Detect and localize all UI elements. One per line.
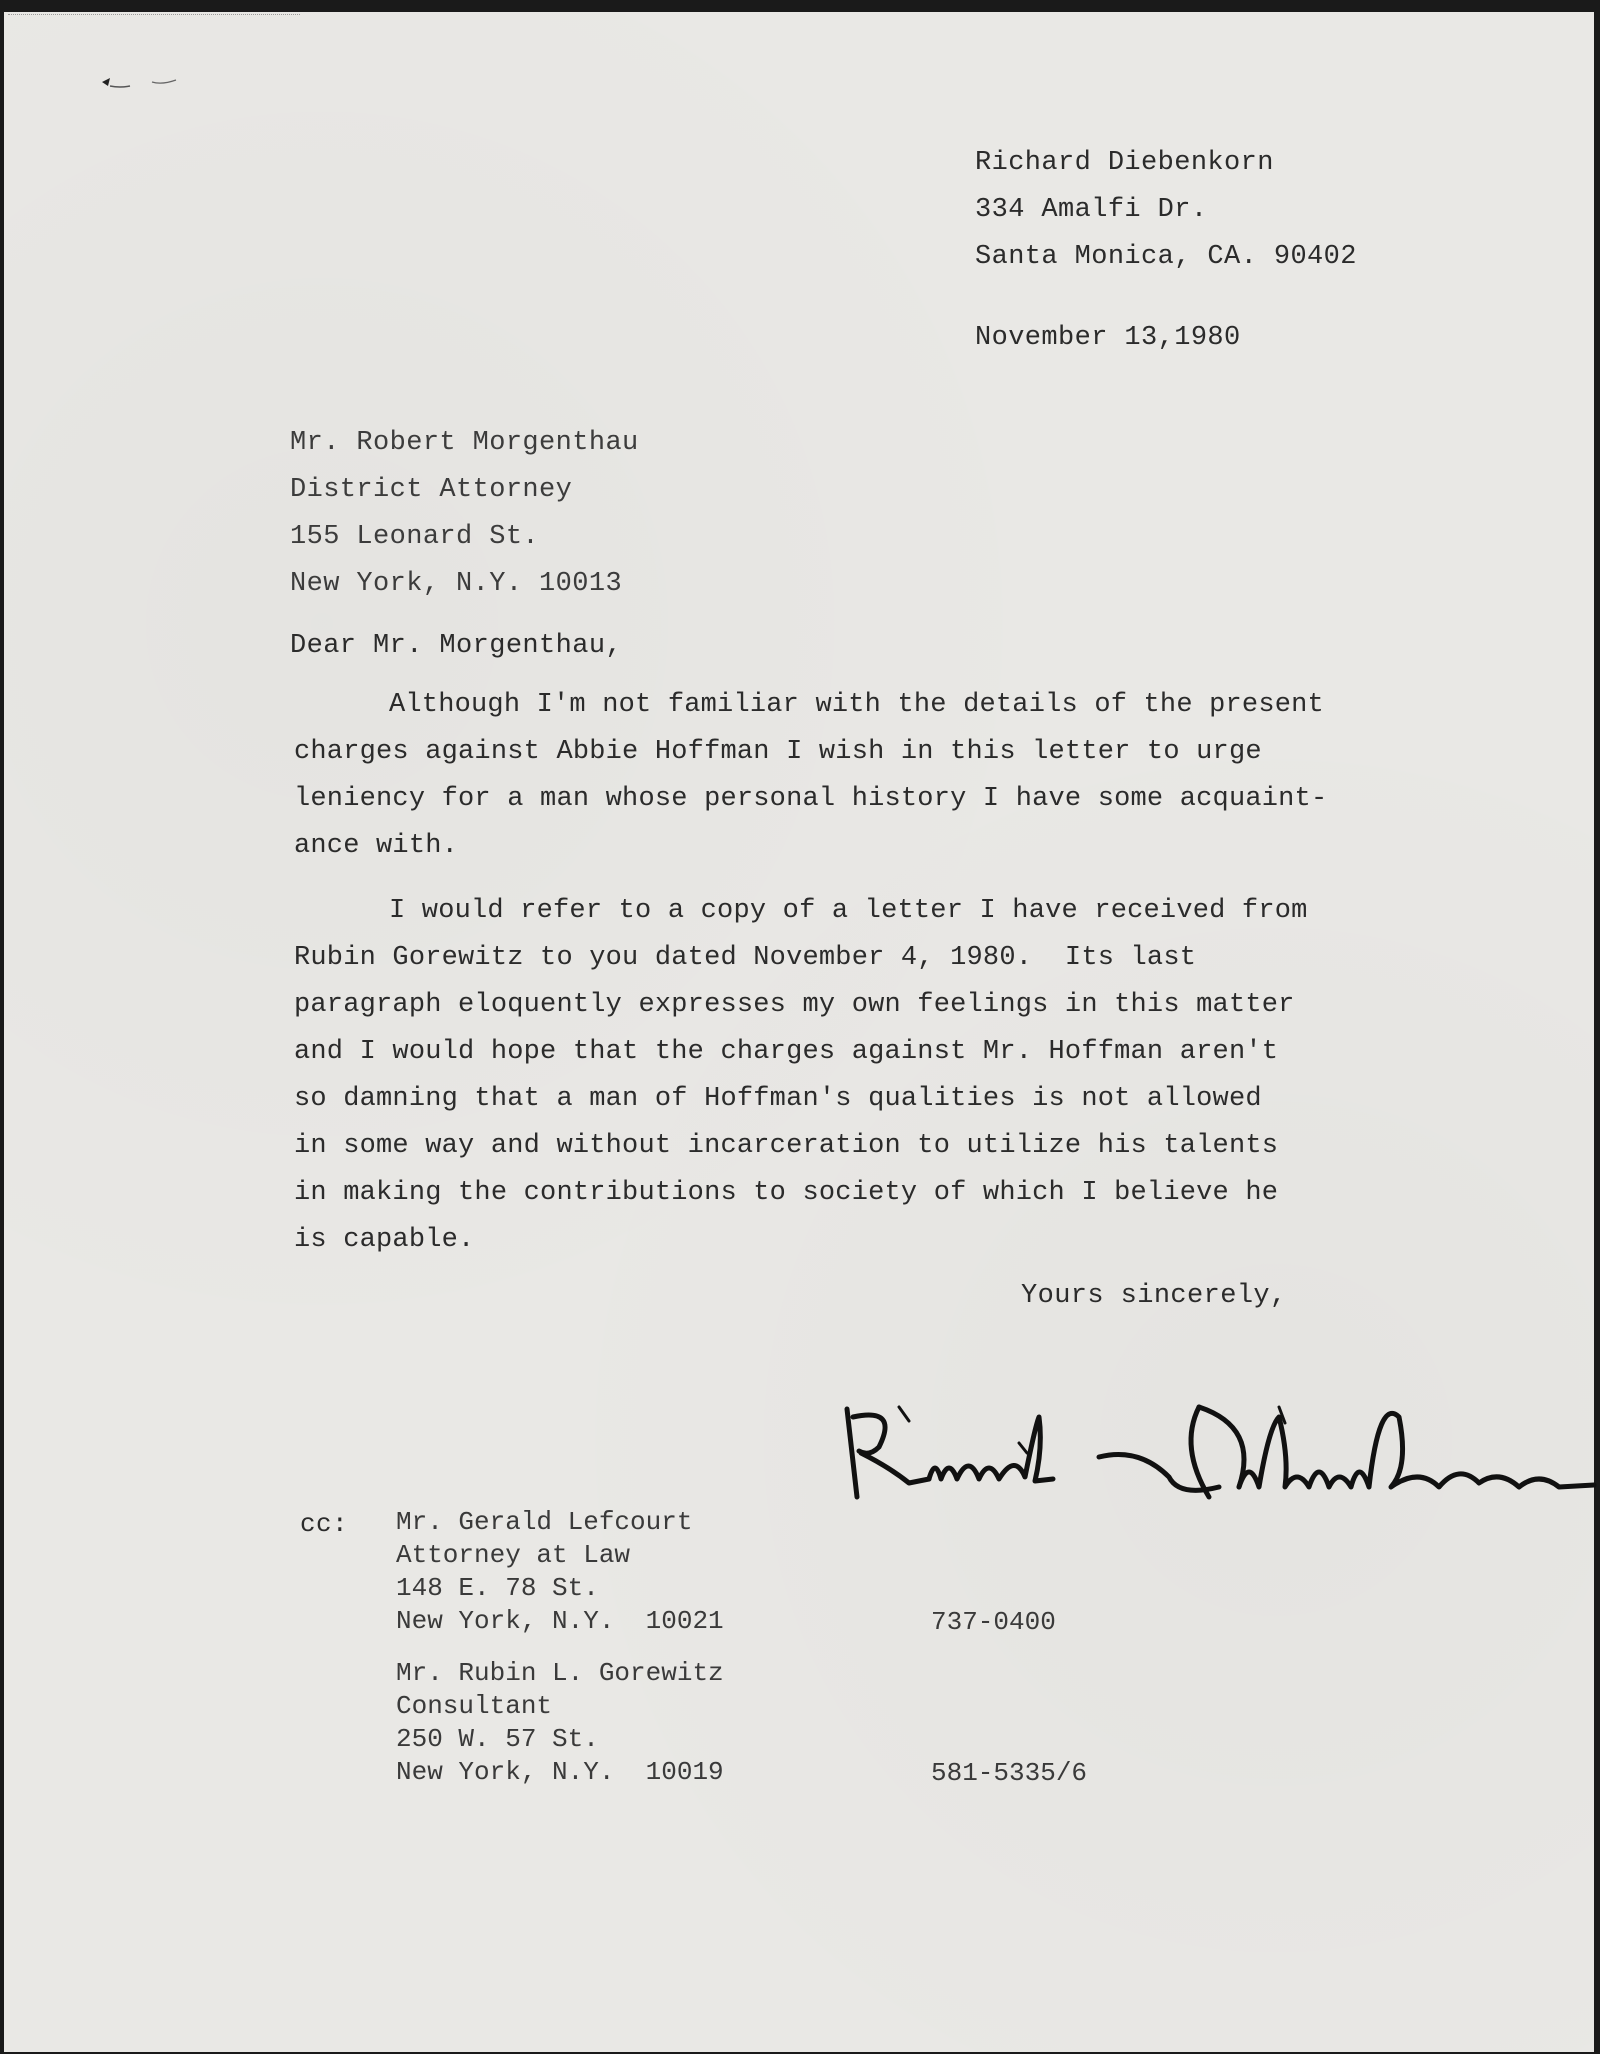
cc-recipient-1: Mr. Gerald Lefcourt Attorney at Law 148 …	[396, 1506, 724, 1638]
paragraph-line: ance with.	[294, 823, 1524, 870]
body-paragraph-2: I would refer to a copy of a letter I ha…	[294, 888, 1524, 1264]
recipient-name: Mr. Robert Morgenthau	[290, 428, 639, 458]
handwritten-signature-icon	[839, 1387, 1599, 1507]
paragraph-line: I would refer to a copy of a letter I ha…	[294, 888, 1524, 935]
cc-recipient-title: Consultant	[396, 1690, 724, 1723]
paragraph-line: Although I'm not familiar with the detai…	[294, 682, 1524, 729]
letter-date: November 13,1980	[975, 320, 1241, 356]
sender-address-line2: Santa Monica, CA. 90402	[975, 242, 1357, 272]
cc-recipient-address-line2: New York, N.Y. 10021	[396, 1605, 724, 1638]
paragraph-line: paragraph eloquently expresses my own fe…	[294, 982, 1524, 1029]
recipient-address-line2: New York, N.Y. 10013	[290, 569, 622, 599]
cc-recipient-2: Mr. Rubin L. Gorewitz Consultant 250 W. …	[396, 1657, 724, 1789]
recipient-block: Mr. Robert Morgenthau District Attorney …	[290, 420, 639, 608]
cc-recipient-address-line2: New York, N.Y. 10019	[396, 1756, 724, 1789]
cc-recipient-name: Mr. Rubin L. Gorewitz	[396, 1657, 724, 1690]
paragraph-line: is capable.	[294, 1217, 1524, 1264]
cc-recipient-address-line1: 250 W. 57 St.	[396, 1723, 724, 1756]
paragraph-line: so damning that a man of Hoffman's quali…	[294, 1076, 1524, 1123]
cc-recipient-phone: 581-5335/6	[931, 1757, 1087, 1790]
body-paragraph-1: Although I'm not familiar with the detai…	[294, 682, 1524, 870]
cc-label: cc:	[300, 1506, 348, 1542]
letter-page: Richard Diebenkorn 334 Amalfi Dr. Santa …	[4, 12, 1594, 2052]
paragraph-line: charges against Abbie Hoffman I wish in …	[294, 729, 1524, 776]
closing: Yours sincerely,	[1021, 1278, 1287, 1314]
cc-recipient-title: Attorney at Law	[396, 1539, 724, 1572]
paragraph-line: and I would hope that the charges agains…	[294, 1029, 1524, 1076]
salutation: Dear Mr. Morgenthau,	[290, 628, 622, 664]
sender-name: Richard Diebenkorn	[975, 148, 1274, 178]
recipient-title: District Attorney	[290, 475, 572, 505]
stray-pen-mark-icon	[96, 70, 206, 100]
paragraph-line: in some way and without incarceration to…	[294, 1123, 1524, 1170]
top-edge-speckle	[8, 14, 300, 18]
paragraph-line: leniency for a man whose personal histor…	[294, 776, 1524, 823]
cc-recipient-address-line1: 148 E. 78 St.	[396, 1572, 724, 1605]
sender-block: Richard Diebenkorn 334 Amalfi Dr. Santa …	[975, 140, 1357, 281]
cc-recipient-name: Mr. Gerald Lefcourt	[396, 1506, 724, 1539]
cc-recipient-phone: 737-0400	[931, 1606, 1056, 1639]
paragraph-line: in making the contributions to society o…	[294, 1170, 1524, 1217]
sender-address-line1: 334 Amalfi Dr.	[975, 195, 1207, 225]
paragraph-line: Rubin Gorewitz to you dated November 4, …	[294, 935, 1524, 982]
recipient-address-line1: 155 Leonard St.	[290, 522, 539, 552]
